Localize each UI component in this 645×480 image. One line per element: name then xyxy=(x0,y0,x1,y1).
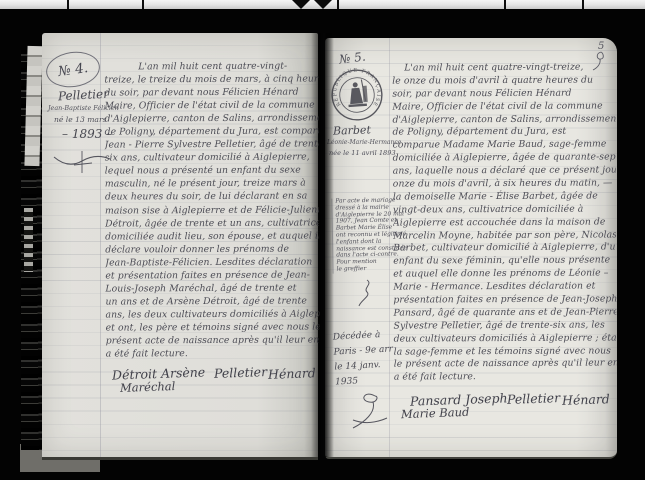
handwritten-line: d'Aiglepierre, canton de Salins, arrondi… xyxy=(392,113,615,127)
act-number-left-label: № 4. xyxy=(57,59,89,79)
handwritten-line: ans, laquelle nous a déclaré que ce prés… xyxy=(393,165,616,179)
film-divider xyxy=(67,0,69,9)
signature-father-left: Pelletier xyxy=(214,364,268,381)
handwritten-line: Pansard, âgé de quarante ans et de Jean-… xyxy=(393,306,616,320)
handwritten-line: et présentation faites en présence de Je… xyxy=(105,268,319,282)
film-marker-triangle-icon xyxy=(314,0,332,9)
republique-francaise-seal-icon: RÉPUBLIQUE FRANÇAISE xyxy=(328,65,386,125)
handwritten-line: comparue Madame Marie Baud, sage-femme xyxy=(393,139,616,153)
handwritten-line: enfant du sexe féminin, qu'elle nous pré… xyxy=(393,255,616,269)
film-marker-triangle-icon xyxy=(292,0,310,9)
handwritten-line: Louis-Joseph Maréchal, âgé de trente et xyxy=(105,281,319,295)
signature-witness-2-left: Maréchal xyxy=(120,379,176,395)
handwritten-line: a été fait lecture. xyxy=(394,371,617,385)
film-divider xyxy=(142,0,144,9)
handwritten-line: présent acte de naissance après qu'il le… xyxy=(106,333,320,347)
handwritten-line: Marie - Hermance. Lesdites déclaration e… xyxy=(393,281,616,295)
margin-birth-date-right: née le 11 avril 1893 xyxy=(329,149,396,157)
handwritten-line: et ont, les père et témoins signé avec n… xyxy=(106,320,320,334)
handwritten-line: Aiglepierre est accouchée dans la maison… xyxy=(393,216,616,230)
scanned-register-spread: № 4. Pelletier Jean-Baptiste Félicien né… xyxy=(0,0,645,480)
act-number-left: № 4. xyxy=(44,48,102,90)
handwritten-line: L'an mil huit cent quatre-vingt-treize, xyxy=(392,61,615,75)
handwritten-line: Maire, Officier de l'état civil de la co… xyxy=(104,99,318,113)
handwritten-line: un ans et de Arsène Détroit, âgé de tren… xyxy=(105,294,319,308)
handwritten-line: Marcelin Moyne, habitée par son père, Ni… xyxy=(393,229,616,243)
marianne-figure xyxy=(347,79,368,107)
film-divider xyxy=(582,0,584,9)
handwritten-line: de Poligny, département du Jura, est xyxy=(392,126,615,140)
signature-witness-2-right: Pelletier xyxy=(507,390,561,407)
handwritten-line: la demoiselle Marie - Élise Barbet, âgée… xyxy=(393,190,616,204)
death-marginal-note: Décédée àParis - 9e arrle 14 janv.1935 xyxy=(332,327,395,390)
handwritten-line: et auquel elle donne les prénoms de Léon… xyxy=(393,268,616,282)
handwritten-line: domiciliée à Aiglepierre, âgée de quaran… xyxy=(393,152,616,166)
handwritten-line: Détroit, âgée de trente et un ans, culti… xyxy=(105,216,319,230)
handwritten-line: Barbet, cultivateur domicilié à Aiglepie… xyxy=(393,242,616,256)
handwritten-line: 1935 xyxy=(335,372,395,390)
birth-act-text-right: L'an mil huit cent quatre-vingt-treize,l… xyxy=(392,61,617,384)
page-edge-fleck xyxy=(24,208,33,272)
handwritten-line: vingt-deux ans, cultivatrice domiciliée … xyxy=(393,203,616,217)
margin-given-names-right: Léonie-Marie-Hermance xyxy=(327,139,401,146)
handwritten-line: présentation faites en présence de Jean-… xyxy=(393,293,616,307)
handwritten-line: Maire, Officier de l'état civil de la co… xyxy=(392,100,615,114)
handwritten-line: onze du mois d'avril, à six heures du ma… xyxy=(393,177,616,191)
handwritten-line: maison sise à Aiglepierre et de Félicie-… xyxy=(105,203,319,217)
act-number-right: № 5. xyxy=(338,49,366,66)
handwritten-line: du soir, par devant nous Félicien Hénard xyxy=(104,86,318,100)
handwritten-line: treize, le treize du mois de mars, à cin… xyxy=(104,72,318,86)
handwritten-line: déclare vouloir donner les prénoms de xyxy=(105,242,319,256)
handwritten-line: le onze du mois d'avril à quatre heures … xyxy=(392,74,615,88)
handwritten-line: de Poligny, département du Jura, est com… xyxy=(105,125,319,139)
handwritten-line: domiciliée audit lieu, son épouse, et au… xyxy=(105,229,319,243)
handwritten-line: Jean - Pierre Sylvestre Pelletier, âgé d… xyxy=(105,138,319,152)
handwritten-line: a été fait lecture. xyxy=(106,346,320,360)
film-divider xyxy=(504,0,506,9)
handwritten-line: Jean-Baptiste-Félicien. Lesdites déclara… xyxy=(105,255,319,269)
handwritten-line: d'Aiglepierre, canton de Salins, arrondi… xyxy=(104,112,318,126)
handwritten-line: le présent acte de naissance après qu'il… xyxy=(394,358,617,372)
handwritten-line: Paris - 9e arr xyxy=(333,342,393,360)
margin-surname-left: Pelletier xyxy=(58,87,110,104)
signature-midwife-right: Marie Baud xyxy=(401,405,470,421)
handwritten-line: lequel nous a présenté un enfant du sexe xyxy=(105,164,319,178)
handwritten-line: masculin, né le présent jour, treize mar… xyxy=(105,177,319,191)
handwritten-line: la sage-femme et les témoins signé avec … xyxy=(394,345,617,359)
signature-mayor-right: Hénard xyxy=(562,391,610,408)
book-gutter-shadow xyxy=(311,33,334,457)
margin-surname-right: Barbet xyxy=(333,123,371,137)
left-page: № 4. Pelletier Jean-Baptiste Félicien né… xyxy=(42,33,318,460)
handwritten-line: ans, les deux cultivateurs domiciliés à … xyxy=(106,307,320,321)
handwritten-line: soir, par devant nous Félicien Hénard xyxy=(392,87,615,101)
film-divider xyxy=(337,0,339,9)
handwritten-line: deux cultivateurs domiciliés à Aiglepier… xyxy=(394,332,617,346)
film-edge-strip xyxy=(0,0,645,9)
death-note-flourish-icon xyxy=(349,390,391,432)
handwritten-line: deux heures du soir, de lui déclarant en… xyxy=(105,190,319,204)
page-edge-highlight xyxy=(24,46,42,166)
handwritten-line: Sylvestre Pelletier, âgé de trente-six a… xyxy=(394,319,617,333)
handwritten-line: six ans, cultivateur domicilié à Aiglepi… xyxy=(105,151,319,165)
birth-act-text-left: L'an mil huit cent quatre-vingt-treize, … xyxy=(104,59,320,360)
handwritten-line: L'an mil huit cent quatre-vingt- xyxy=(104,59,318,73)
marginal-note-flourish-icon xyxy=(353,278,375,308)
margin-birth-date-left: né le 13 mars xyxy=(54,115,106,124)
margin-flourish-icon xyxy=(52,149,112,175)
right-page: 5 № 5. RÉPUBLIQUE FRANÇAISE Barbet Léoni… xyxy=(325,38,617,459)
signature-mayor-left: Hénard xyxy=(268,365,316,382)
